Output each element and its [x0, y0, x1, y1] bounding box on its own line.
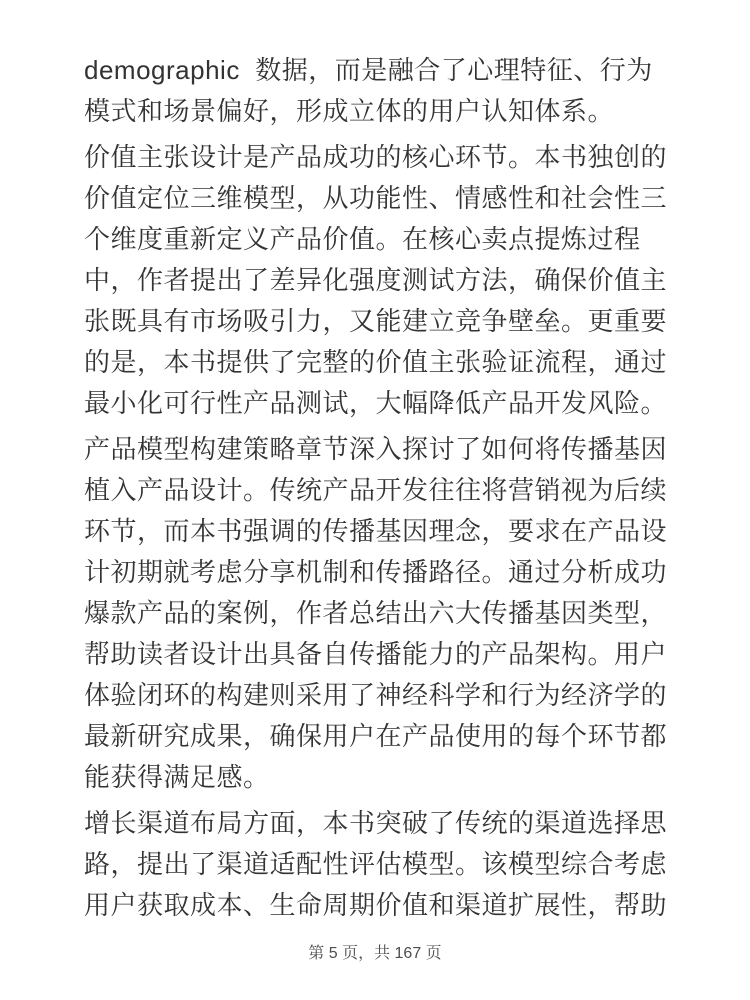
page-footer: 第 5 页，共 167 页 — [0, 944, 750, 964]
text-line: 价值主张设计是产品成功的核心环节。本书独创的 — [84, 137, 674, 178]
text-line: 能获得满足感。 — [84, 757, 674, 798]
page-text: demographic 数据，而是融合了心理特征、行为模式和场景偏好，形成立体的… — [84, 50, 674, 931]
paragraph: 价值主张设计是产品成功的核心环节。本书独创的价值定位三维模型，从功能性、情感性和… — [84, 137, 674, 424]
text-line: 环节，而本书强调的传播基因理念，要求在产品设 — [84, 511, 674, 552]
page-number-indicator: 第 5 页，共 167 页 — [308, 945, 441, 962]
text-line: 计初期就考虑分享机制和传播路径。通过分析成功 — [84, 552, 674, 593]
text-line: 最新研究成果，确保用户在产品使用的每个环节都 — [84, 716, 674, 757]
text-line: 模式和场景偏好，形成立体的用户认知体系。 — [84, 91, 674, 132]
text-line: 帮助读者设计出具备自传播能力的产品架构。用户 — [84, 634, 674, 675]
text-line: 产品模型构建策略章节深入探讨了如何将传播基因 — [84, 429, 674, 470]
text-line: 的是，本书提供了完整的价值主张验证流程，通过 — [84, 342, 674, 383]
text-line: 用户获取成本、生命周期价值和渠道扩展性，帮助 — [84, 885, 674, 926]
text-line: 爆款产品的案例，作者总结出六大传播基因类型， — [84, 593, 674, 634]
text-line: 张既具有市场吸引力，又能建立竞争壁垒。更重要 — [84, 301, 674, 342]
text-line: 个维度重新定义产品价值。在核心卖点提炼过程 — [84, 219, 674, 260]
text-line: 价值定位三维模型，从功能性、情感性和社会性三 — [84, 178, 674, 219]
paragraph: demographic 数据，而是融合了心理特征、行为模式和场景偏好，形成立体的… — [84, 50, 674, 132]
text-line: 植入产品设计。传统产品开发往往将营销视为后续 — [84, 470, 674, 511]
text-line: 最小化可行性产品测试，大幅降低产品开发风险。 — [84, 383, 674, 424]
text-line: 中，作者提出了差异化强度测试方法，确保价值主 — [84, 260, 674, 301]
text-line: 路，提出了渠道适配性评估模型。该模型综合考虑 — [84, 844, 674, 885]
document-page: demographic 数据，而是融合了心理特征、行为模式和场景偏好，形成立体的… — [0, 0, 750, 1000]
paragraph: 产品模型构建策略章节深入探讨了如何将传播基因植入产品设计。传统产品开发往往将营销… — [84, 429, 674, 798]
text-line: demographic 数据，而是融合了心理特征、行为 — [84, 50, 674, 91]
paragraph: 增长渠道布局方面，本书突破了传统的渠道选择思路，提出了渠道适配性评估模型。该模型… — [84, 803, 674, 926]
text-line: 体验闭环的构建则采用了神经科学和行为经济学的 — [84, 675, 674, 716]
text-line: 增长渠道布局方面，本书突破了传统的渠道选择思 — [84, 803, 674, 844]
